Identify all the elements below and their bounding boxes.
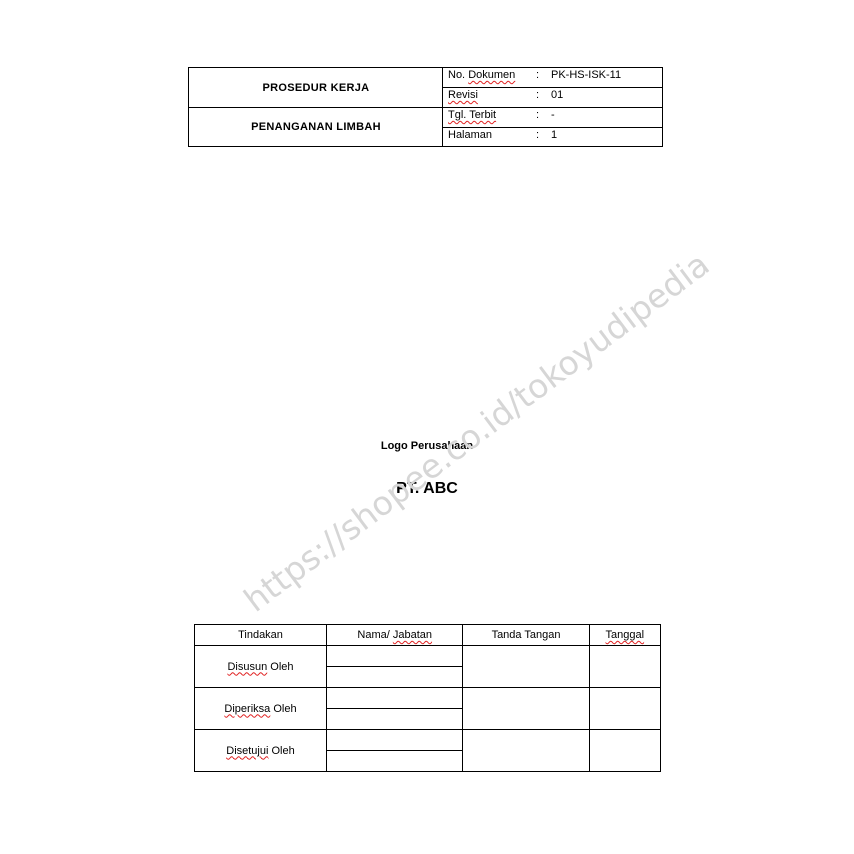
company-name: PT. ABC [0, 480, 854, 498]
action-cell: Disusun Oleh [195, 646, 327, 688]
field-row-doc-number: No. Dokumen : PK-HS-ISK-11 [443, 68, 662, 88]
column-header-word: Tanggal [606, 629, 645, 641]
field-label: No. Dokumen [448, 69, 515, 81]
field-label: Revisi [448, 89, 478, 101]
field-row-issue-date: Tgl. Terbit : - [443, 108, 662, 128]
field-label: Halaman [448, 129, 492, 141]
document-page: PROSEDUR KERJA PENANGANAN LIMBAH No. Dok… [0, 0, 854, 854]
approval-header-row: Tindakan Nama/ Jabatan Tanda Tangan Tang… [195, 625, 661, 646]
column-header-word: Jabatan [393, 629, 432, 641]
field-value: - [551, 109, 555, 121]
field-separator: : [536, 109, 539, 121]
position-cell [327, 709, 463, 730]
field-value: 01 [551, 89, 563, 101]
name-cell [327, 730, 463, 751]
field-label-word: Dokumen [468, 69, 515, 81]
field-label: Tgl. Terbit [448, 109, 496, 121]
header-fields: No. Dokumen : PK-HS-ISK-11 Revisi : 01 T… [443, 68, 662, 146]
action-word: Disusun [227, 661, 267, 673]
position-cell [327, 667, 463, 688]
position-cell [327, 751, 463, 772]
column-header-name-position: Nama/ Jabatan [327, 625, 463, 646]
action-cell: Disetujui Oleh [195, 730, 327, 772]
column-header-action: Tindakan [195, 625, 327, 646]
date-cell [589, 688, 660, 730]
logo-placeholder: Logo Perusahaan [0, 440, 854, 452]
table-row: Disetujui Oleh [195, 730, 661, 751]
date-cell [589, 730, 660, 772]
watermark: https://shopee.co.id/tokoyudipedia [237, 299, 644, 619]
field-separator: : [536, 89, 539, 101]
name-cell [327, 688, 463, 709]
field-separator: : [536, 69, 539, 81]
date-cell [589, 646, 660, 688]
procedure-title: PROSEDUR KERJA [189, 68, 443, 108]
field-separator: : [536, 129, 539, 141]
document-header-table: PROSEDUR KERJA PENANGANAN LIMBAH No. Dok… [188, 67, 663, 147]
field-row-revision: Revisi : 01 [443, 88, 662, 108]
field-row-page: Halaman : 1 [443, 128, 662, 148]
name-cell [327, 646, 463, 667]
action-cell: Diperiksa Oleh [195, 688, 327, 730]
header-title-column: PROSEDUR KERJA PENANGANAN LIMBAH [189, 68, 443, 146]
signature-cell [463, 646, 589, 688]
signature-cell [463, 688, 589, 730]
field-value: PK-HS-ISK-11 [551, 69, 621, 81]
table-row: Disusun Oleh [195, 646, 661, 667]
column-header-date: Tanggal [589, 625, 660, 646]
procedure-subtitle: PENANGANAN LIMBAH [189, 108, 443, 146]
field-value: 1 [551, 129, 557, 141]
action-word: Diperiksa [224, 703, 270, 715]
signature-cell [463, 730, 589, 772]
column-header-signature: Tanda Tangan [463, 625, 589, 646]
approval-table: Tindakan Nama/ Jabatan Tanda Tangan Tang… [194, 624, 661, 772]
table-row: Diperiksa Oleh [195, 688, 661, 709]
action-word: Disetujui [226, 745, 268, 757]
